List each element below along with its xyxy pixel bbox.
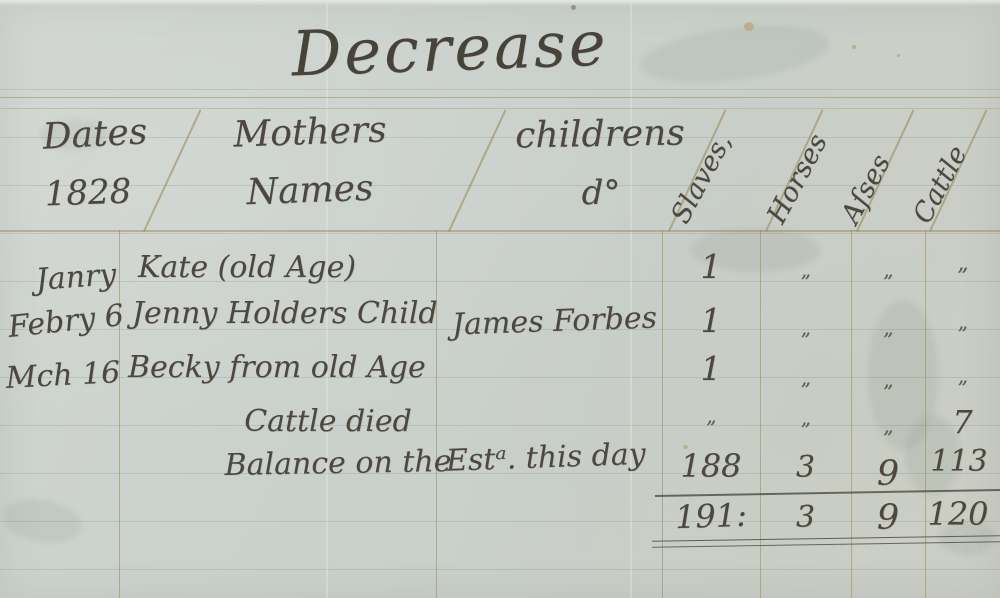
row-asses: ”	[851, 272, 925, 293]
header-dates-year: 1828	[27, 174, 148, 214]
paper-speck	[852, 45, 856, 49]
page-title: Decrease	[279, 10, 621, 87]
row-slaves: 188	[662, 450, 760, 484]
row-date: Febry 6	[3, 300, 130, 344]
header-cattle: Cattle	[909, 118, 986, 228]
row-children: Estᵃ. this day	[446, 438, 662, 477]
column-rule-mothers	[436, 230, 437, 598]
header-childrens-do: d°	[556, 176, 646, 212]
row-asses: ”	[851, 330, 925, 351]
row-mother: Balance on the	[222, 446, 455, 482]
row-mother: Becky from old Age	[128, 352, 443, 384]
row-slaves: 1	[662, 352, 760, 387]
header-bottom-rule	[0, 230, 1000, 232]
header-asses: Aſses	[837, 118, 914, 228]
row-children: James Forbes	[452, 302, 658, 341]
row-horses: ”	[760, 272, 851, 293]
row-mother: Cattle died	[222, 406, 434, 438]
row-slaves: ”	[662, 418, 760, 439]
paper-stain	[744, 22, 754, 31]
row-slaves: 1	[662, 304, 760, 339]
row-cattle: ”	[925, 266, 1000, 289]
row-asses: 9	[851, 456, 925, 493]
total-asses: 9	[851, 500, 925, 537]
show-through-smudge	[638, 17, 833, 92]
header-childrens: childrens	[500, 114, 701, 155]
show-through-smudge	[0, 493, 85, 548]
row-cattle: ”	[925, 378, 1000, 399]
row-cattle: 7	[925, 406, 1000, 440]
header-top-rule	[0, 97, 1000, 98]
scan-top-edge	[0, 0, 1000, 6]
total-cattle: 120	[916, 498, 1000, 532]
ledger-page: Decrease Dates 1828 Mothers Names childr…	[0, 0, 1000, 598]
total-horses: 3	[760, 502, 851, 534]
row-date: Mch 16	[1, 357, 124, 395]
row-asses: ”	[851, 382, 925, 403]
row-horses: ”	[760, 380, 851, 401]
header-dates: Dates	[29, 113, 161, 158]
row-cattle: ”	[925, 324, 1000, 345]
paper-crease	[630, 0, 633, 598]
header-mothers-names: Names	[209, 169, 410, 214]
header-mothers: Mothers	[204, 110, 415, 155]
column-rule-childrens	[662, 230, 663, 598]
row-horses: 3	[760, 452, 851, 484]
header-top-rule-2	[0, 108, 1000, 109]
row-date: Janry	[25, 259, 127, 297]
row-mother: Jenny Holders Child	[132, 298, 442, 330]
header-diagonal	[448, 110, 506, 232]
row-slaves: 1	[662, 250, 760, 285]
totals-double-rule	[652, 535, 1000, 547]
total-slaves: 191:	[661, 498, 760, 535]
row-mother: Kate (old Age)	[138, 252, 438, 284]
row-asses: ”	[851, 428, 925, 449]
header-horses: Horses	[763, 109, 844, 228]
row-cattle: 113	[918, 446, 1000, 478]
row-horses: ”	[760, 330, 851, 351]
row-horses: ”	[760, 420, 851, 441]
paper-speck	[897, 54, 900, 57]
